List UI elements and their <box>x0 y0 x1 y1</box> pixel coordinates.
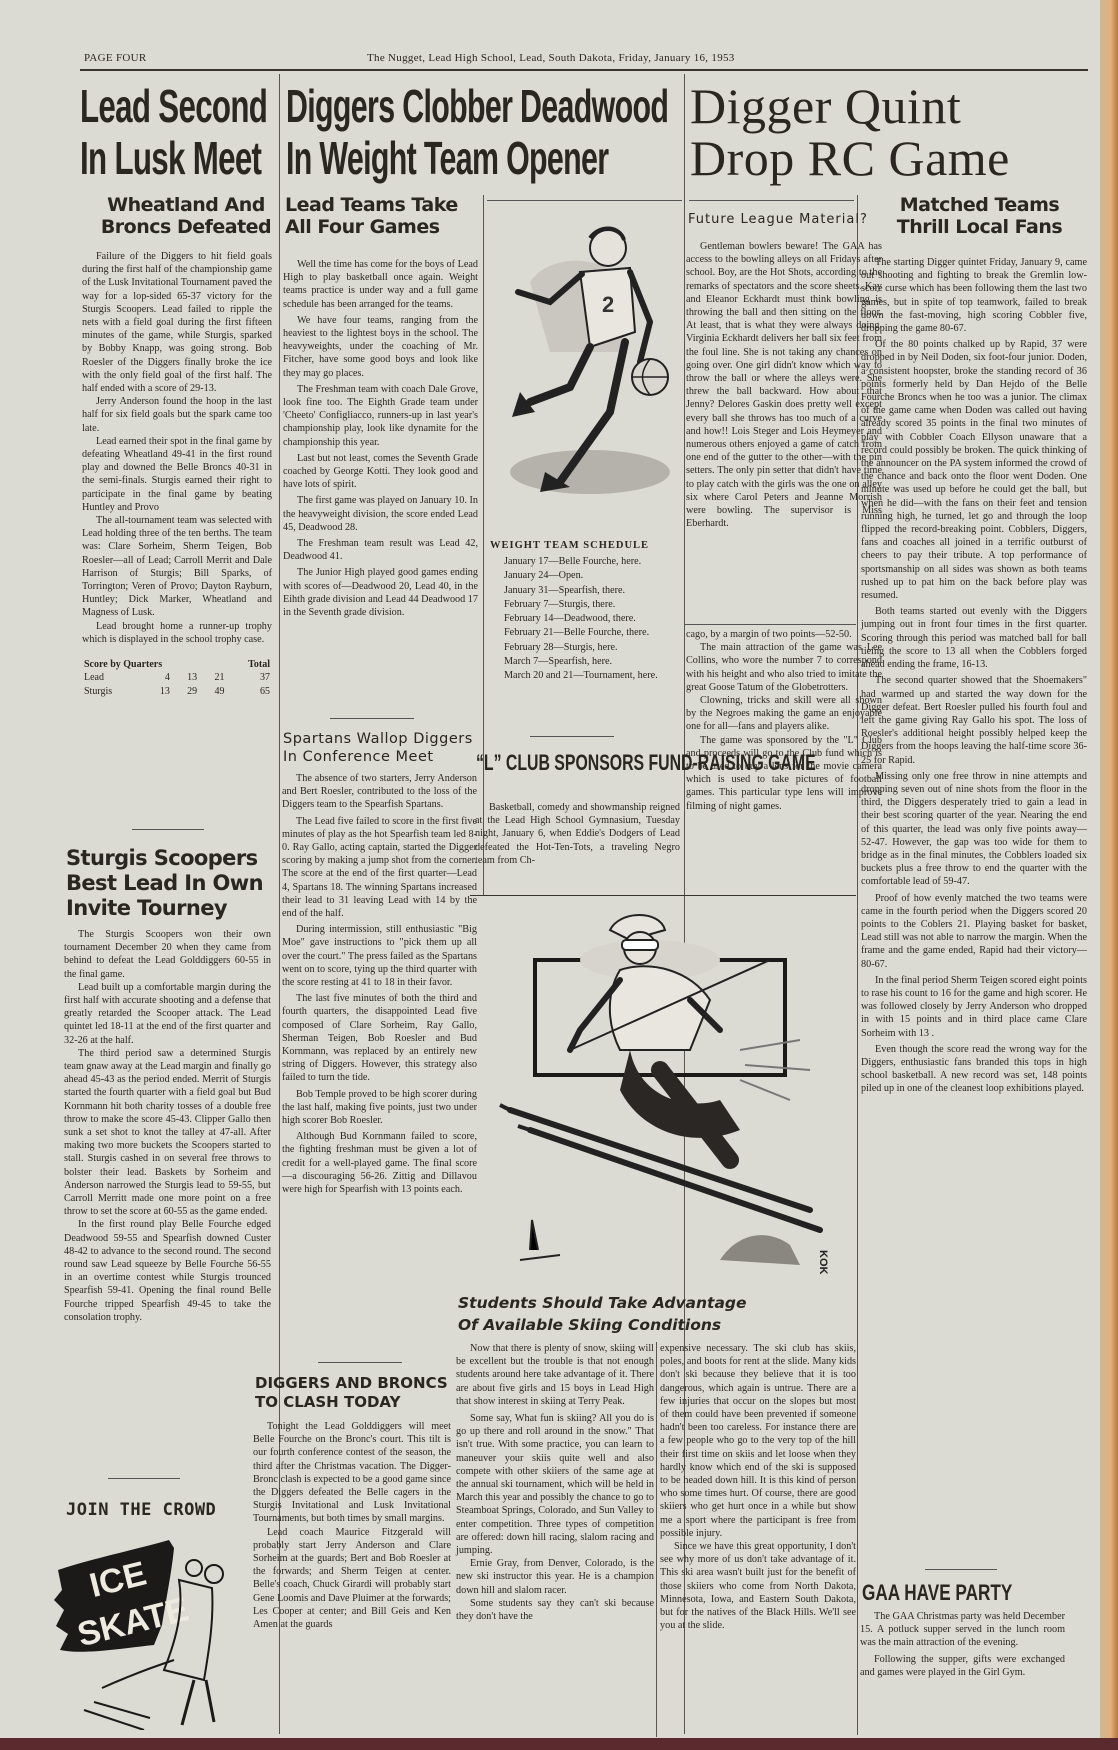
paragraph: Lead brought home a runner-up trophy whi… <box>82 620 272 646</box>
paragraph: The Lead five failed to score in the fir… <box>282 815 477 921</box>
article-lclub-body-b: cago, by a margin of two points—52-50. T… <box>686 628 882 813</box>
paragraph: Gentleman bowlers beware! The GAA has ac… <box>686 240 882 530</box>
article-rc-game-body: The starting Digger quintet Friday, Janu… <box>861 256 1087 1096</box>
paragraph: Although Bud Kornmann failed to score, t… <box>282 1130 477 1196</box>
article-lclub-body-a: Basketball, comedy and showmanship reign… <box>475 801 680 867</box>
headline-line: In Lusk Meet <box>80 132 267 184</box>
subhead-rc-game: Matched Teams Thrill Local Fans <box>872 195 1087 239</box>
paragraph: Some say, What fun is skiing? All you do… <box>456 1412 654 1557</box>
paragraph: Both teams started out evenly with the D… <box>861 605 1087 671</box>
paragraph: The first game was played on January 10.… <box>283 494 478 534</box>
headline-line: Students Should Take Advantage <box>458 1292 858 1314</box>
paragraph: Since we have this great opportunity, I … <box>660 1540 856 1632</box>
ice-skate-ad: JOIN THE CROWD ICE SKATE <box>54 1490 276 1730</box>
headline-gaa-party: GAA HAVE PARTY <box>862 1580 1012 1606</box>
headline-sturgis: Sturgis Scoopers Best Lead In Own Invite… <box>66 846 276 921</box>
paragraph: Some students say they can't ski because… <box>456 1597 654 1623</box>
paragraph: expensive necessary. The ski club has sk… <box>660 1342 856 1540</box>
paragraph: The second quarter showed that the Shoem… <box>861 674 1087 766</box>
schedule-item: February 14—Deadwood, there. <box>490 612 680 626</box>
table-row: Lead 4 13 21 37 <box>82 671 272 684</box>
schedule-item: January 31—Spearfish, there. <box>490 584 680 598</box>
team-cell: Lead <box>82 671 145 684</box>
paragraph: Lead earned their spot in the final game… <box>82 435 272 514</box>
dateline: The Nugget, Lead High School, Lead, Sout… <box>367 52 735 64</box>
subhead-deadwood: Lead Teams Take All Four Games <box>285 195 465 239</box>
headline-line: In Weight Team Opener <box>286 132 668 184</box>
score-cell: 65 <box>226 685 272 698</box>
headline-line: Diggers Clobber Deadwood <box>286 80 668 132</box>
article-deadwood-body: Well the time has come for the boys of L… <box>283 258 478 619</box>
headline-line: Digger Quint <box>690 80 1010 132</box>
article-gaa-party-body: The GAA Christmas party was held Decembe… <box>860 1610 1065 1679</box>
weight-team-schedule: WEIGHT TEAM SCHEDULE January 17—Belle Fo… <box>490 540 680 684</box>
headline-lusk: Lead Second In Lusk Meet <box>80 80 267 184</box>
paragraph: Clowning, tricks and skill were all show… <box>686 694 882 734</box>
article-divider <box>487 200 682 201</box>
schedule-item: February 28—Sturgis, here. <box>490 641 680 655</box>
table-header: Score by Quarters <box>82 658 226 671</box>
paragraph: The last five minutes of both the third … <box>282 992 477 1084</box>
score-by-quarters-table: Score by Quarters Total Lead 4 13 21 37 … <box>82 658 272 698</box>
paragraph: Bob Temple proved to be high scorer duri… <box>282 1088 477 1128</box>
paragraph: The GAA Christmas party was held Decembe… <box>860 1610 1065 1650</box>
paragraph: Jerry Anderson found the hoop in the las… <box>82 395 272 435</box>
table-row: Sturgis 13 29 49 65 <box>82 685 272 698</box>
ice-skaters-icon: ICE SKATE <box>54 1530 276 1730</box>
score-cell: 13 <box>145 685 172 698</box>
headline-deadwood: Diggers Clobber Deadwood In Weight Team … <box>286 80 668 184</box>
article-skiing-col2: expensive necessary. The ski club has sk… <box>660 1342 856 1632</box>
paragraph: Missing only one free throw in nine atte… <box>861 770 1087 889</box>
newspaper-page: PAGE FOUR The Nugget, Lead High School, … <box>0 0 1100 1740</box>
article-divider <box>330 718 414 719</box>
headline-broncs: DIGGERS AND BRONCS TO CLASH TODAY <box>255 1374 460 1412</box>
headline-line: Of Available Skiing Conditions <box>458 1314 858 1336</box>
paragraph: The Junior High played good games ending… <box>283 566 478 619</box>
score-cell: 49 <box>199 685 226 698</box>
section-rule <box>470 895 856 896</box>
illustration-credit: KOK <box>817 1250 829 1275</box>
team-cell: Sturgis <box>82 685 145 698</box>
paragraph: The Freshman team result was Lead 42, De… <box>283 537 478 563</box>
paragraph: Lead coach Maurice Fitzgerald will proba… <box>253 1526 451 1632</box>
ad-tagline: JOIN THE CROWD <box>66 1500 216 1520</box>
schedule-item: January 24—Open. <box>490 569 680 583</box>
paragraph: Well the time has come for the boys of L… <box>283 258 478 311</box>
paragraph: Basketball, comedy and showmanship reign… <box>475 801 680 867</box>
binding-strip <box>0 1738 1118 1750</box>
article-divider <box>132 829 204 830</box>
paragraph: During intermission, still enthusiastic … <box>282 923 477 989</box>
paragraph: The main attraction of the game was Lee … <box>686 641 882 694</box>
headline-skiing: Students Should Take Advantage Of Availa… <box>458 1292 858 1336</box>
headline-bowling: Future League Material? <box>688 212 868 227</box>
paragraph: The game was sponsored by the "L" Club a… <box>686 734 882 813</box>
jersey-number: 2 <box>602 292 614 317</box>
score-cell: 21 <box>199 671 226 684</box>
score-cell: 37 <box>226 671 272 684</box>
schedule-list: January 17—Belle Fourche, here. January … <box>490 555 680 684</box>
paragraph: Last but not least, comes the Seventh Gr… <box>283 452 478 492</box>
paragraph: Proof of how evenly matched the two team… <box>861 892 1087 971</box>
headline-line: Lead Second <box>80 80 267 132</box>
paragraph: In the final period Sherm Teigen scored … <box>861 974 1087 1040</box>
schedule-item: March 7—Spearfish, here. <box>490 655 680 669</box>
article-broncs-body: Tonight the Lead Golddiggers will meet B… <box>253 1420 451 1631</box>
schedule-item: January 17—Belle Fourche, here. <box>490 555 680 569</box>
paragraph: The Freshman team with coach Dale Grove,… <box>283 383 478 449</box>
schedule-title: WEIGHT TEAM SCHEDULE <box>490 540 680 551</box>
paragraph: The third period saw a determined Sturgi… <box>64 1047 271 1219</box>
article-divider <box>689 200 854 201</box>
page-label: PAGE FOUR <box>84 52 147 64</box>
score-cell: 4 <box>145 671 172 684</box>
paragraph: Tonight the Lead Golddiggers will meet B… <box>253 1420 451 1526</box>
basketball-player-icon: 2 <box>490 212 680 522</box>
paragraph: In the first round play Belle Fourche ed… <box>64 1218 271 1324</box>
article-divider <box>684 624 856 625</box>
schedule-item: February 21—Belle Fourche, there. <box>490 626 680 640</box>
article-lusk-body: Failure of the Diggers to hit field goal… <box>82 250 272 698</box>
subhead-lusk: Wheatland And Broncs Defeated <box>96 195 276 239</box>
page-edge <box>1100 0 1118 1750</box>
paragraph: The all-tournament team was selected wit… <box>82 514 272 620</box>
paragraph: Now that there is plenty of snow, skiing… <box>456 1342 654 1408</box>
paragraph: The Sturgis Scoopers won their own tourn… <box>64 928 271 981</box>
article-skiing-col1: Now that there is plenty of snow, skiing… <box>456 1342 654 1623</box>
paragraph: Even though the score read the wrong way… <box>861 1043 1087 1096</box>
headline-rc-game: Digger Quint Drop RC Game <box>690 80 1010 184</box>
article-divider <box>925 1569 997 1570</box>
article-sturgis-body: The Sturgis Scoopers won their own tourn… <box>64 928 271 1324</box>
article-spartans-body: The absence of two starters, Jerry Ander… <box>282 772 477 1196</box>
skier-icon: KOK <box>490 900 840 1280</box>
schedule-item: February 7—Sturgis, there. <box>490 598 680 612</box>
article-divider <box>530 736 614 737</box>
paragraph: Ernie Gray, from Denver, Colorado, is th… <box>456 1557 654 1597</box>
paragraph: cago, by a margin of two points—52-50. <box>686 628 882 641</box>
article-divider <box>318 1362 402 1363</box>
article-bowling-body: Gentleman bowlers beware! The GAA has ac… <box>686 240 882 530</box>
headline-spartans: Spartans Wallop Diggers In Conference Me… <box>283 730 478 766</box>
paragraph: The starting Digger quintet Friday, Janu… <box>861 256 1087 335</box>
score-cell: 29 <box>172 685 199 698</box>
column-divider <box>656 1342 657 1737</box>
paragraph: Lead built up a comfortable margin durin… <box>64 981 271 1047</box>
article-divider <box>108 1478 180 1479</box>
paragraph: Of the 80 points chalked up by Rapid, 37… <box>861 338 1087 602</box>
masthead-rule <box>80 69 1088 71</box>
paragraph: The absence of two starters, Jerry Ander… <box>282 772 477 812</box>
score-cell: 13 <box>172 671 199 684</box>
paragraph: Following the supper, gifts were exchang… <box>860 1653 1065 1679</box>
headline-line: Drop RC Game <box>690 132 1010 184</box>
paragraph: We have four teams, ranging from the hea… <box>283 314 478 380</box>
table-header: Total <box>226 658 272 671</box>
column-divider <box>483 195 484 895</box>
paragraph: Failure of the Diggers to hit field goal… <box>82 250 272 395</box>
schedule-item: March 20 and 21—Tournament, here. <box>490 669 680 683</box>
